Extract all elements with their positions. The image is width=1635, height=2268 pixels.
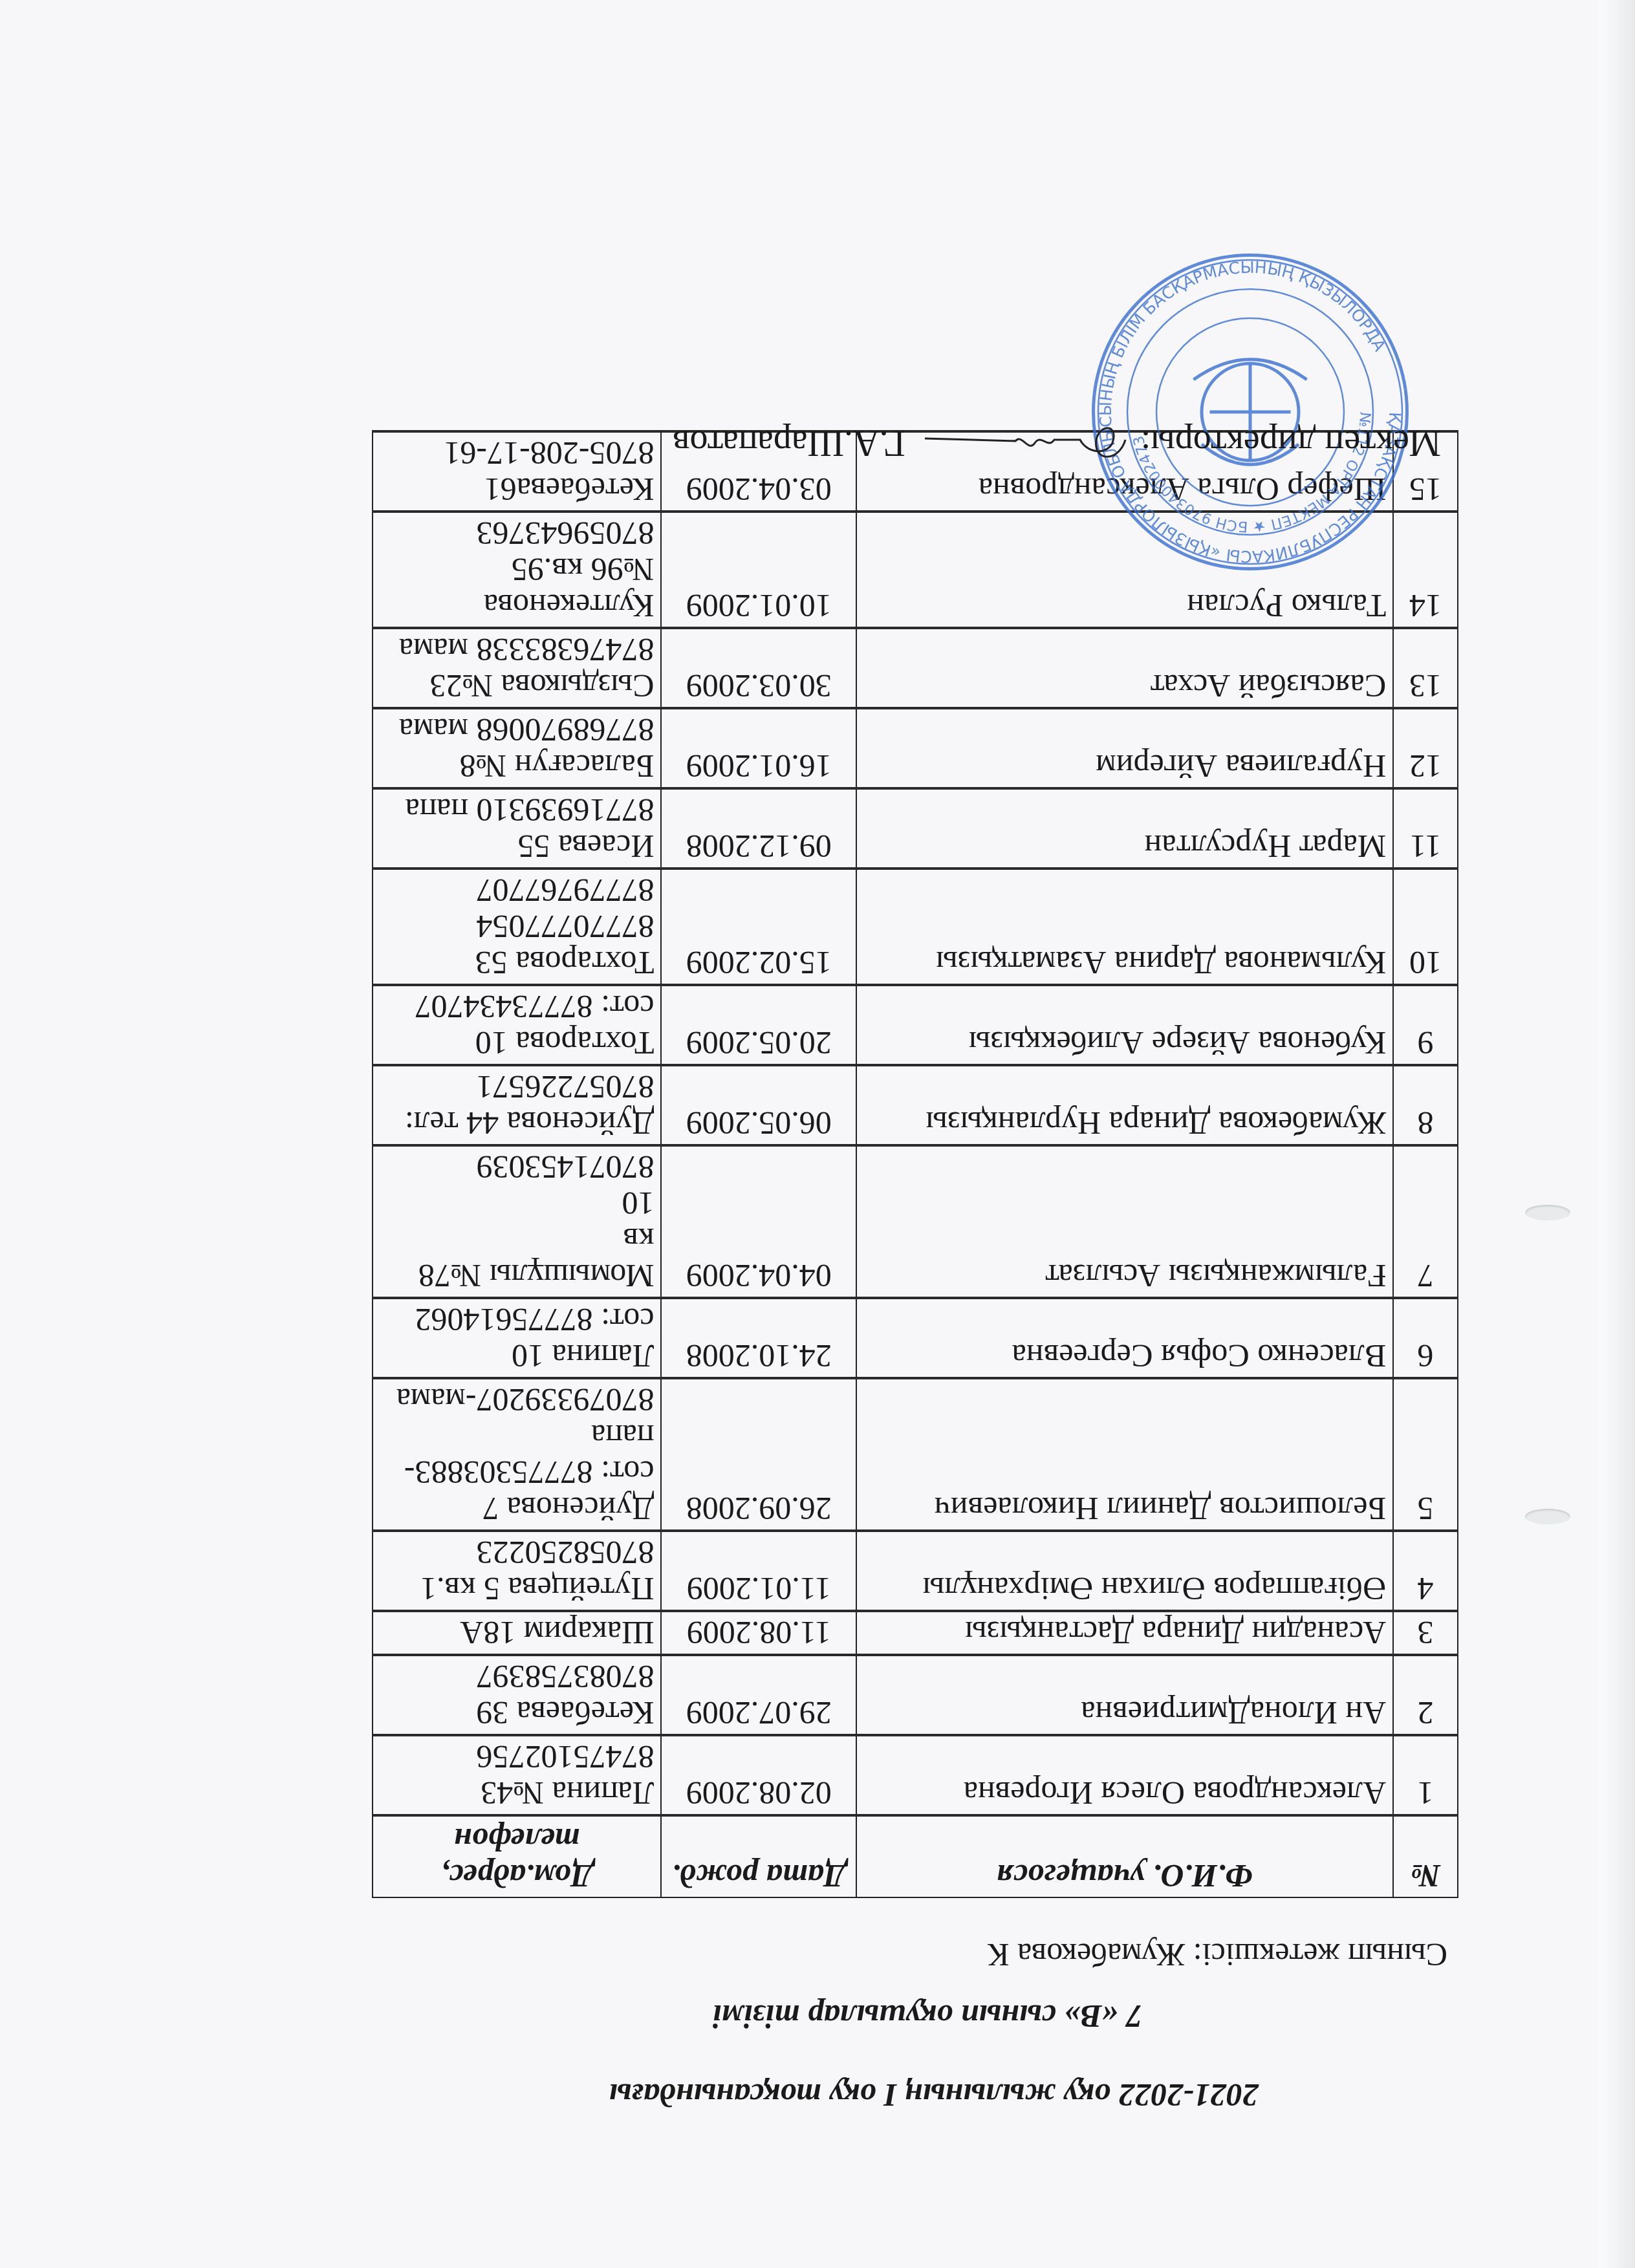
address-line: 87058250223 xyxy=(380,1535,654,1571)
address-phone: Лапина №4387475102756 xyxy=(373,1735,661,1815)
address-line: Сыздыкова №23 xyxy=(380,668,654,704)
address-line: 8705-208-17-61 xyxy=(380,435,654,471)
class-teacher: Сынып жетекшісі: Жумабекова К xyxy=(988,1936,1447,1974)
student-name: Ғалымжанқызы Асылзат xyxy=(856,1145,1393,1298)
address-line: №96 кв.95 xyxy=(380,552,654,588)
director-label: Мектеп директоры: xyxy=(1141,422,1441,464)
table-row: 3Асанадин Динара Дастанқызы11.08.2009Шак… xyxy=(373,1611,1458,1655)
address-line: сот: 87775614062 xyxy=(380,1302,654,1338)
address-phone: Шакарим 18А xyxy=(373,1611,661,1655)
birth-date: 24.10.2008 xyxy=(661,1298,856,1378)
table-row: 7Ғалымжанқызы Асылзат04.04.2009Момышұлы … xyxy=(373,1145,1458,1298)
address-line: 87716939310 папа xyxy=(380,792,654,828)
student-name: Нурғалиева Айгерим xyxy=(856,708,1393,788)
row-number: 1 xyxy=(1393,1735,1458,1815)
address-phone: Кетебаева 3987083758397 xyxy=(373,1655,661,1735)
row-number: 7 xyxy=(1393,1145,1458,1298)
row-number: 8 xyxy=(1393,1065,1458,1145)
row-number: 11 xyxy=(1393,788,1458,869)
birth-date: 09.12.2008 xyxy=(661,788,856,869)
address-phone: Дуйсенова 7сот: 87775303883-папа87079339… xyxy=(373,1378,661,1531)
row-number: 4 xyxy=(1393,1531,1458,1611)
table-row: 13Саясызбай Асхат30.03.2009Сыздыкова №23… xyxy=(373,628,1458,708)
address-phone: Тохтарова 538777077705487779767707 xyxy=(373,869,661,985)
birth-date: 16.01.2009 xyxy=(661,708,856,788)
table-row: 2Ан ИлонаДмитриевна29.07.2009Кетебаева 3… xyxy=(373,1655,1458,1735)
address-line: 87059643763 xyxy=(380,515,654,552)
address-line: Тохтарова 53 xyxy=(380,945,654,981)
student-name: Саясызбай Асхат xyxy=(856,628,1393,708)
birth-date: 15.02.2009 xyxy=(661,869,856,985)
address-line: Култекенова xyxy=(380,588,654,624)
birth-date: 11.08.2009 xyxy=(661,1611,856,1655)
address-phone: Исаева 5587716939310 папа xyxy=(373,788,661,869)
document-title: 2021-2022 оқу жылының I оқу тоқсанындағы xyxy=(116,2077,1635,2114)
birth-date: 30.03.2009 xyxy=(661,628,856,708)
student-table: № Ф.И.О. учащегося Дата рожд. Дом.адрес,… xyxy=(372,430,1458,1898)
address-phone: Дуйсенова 44 тел:87057226571 xyxy=(373,1065,661,1145)
student-name: Кубенова Айзере Алибекқызы xyxy=(856,985,1393,1065)
signature-scribble xyxy=(918,420,1132,459)
header-name: Ф.И.О. учащегося xyxy=(856,1815,1393,1897)
address-line: Тохтарова 10 xyxy=(380,1025,654,1061)
table-body: 1Александрова Олеся Игоревна02.08.2009Ла… xyxy=(373,431,1458,1815)
school-stamp: ҚАЗАҚСТАН РЕСПУБЛИКАСЫ «ҚЫЗЫЛОРДА ОБЛЫСЫ… xyxy=(1088,250,1412,574)
row-number: 3 xyxy=(1393,1611,1458,1655)
address-line: Лапина 10 xyxy=(380,1338,654,1374)
address-line: сот: 87775303883- xyxy=(380,1454,654,1491)
address-phone: Момышұлы №78 кв1087071453039 xyxy=(373,1145,661,1298)
table-row: 4Әбіғаппаров Әлихан Әмірханұлы11.01.2009… xyxy=(373,1531,1458,1611)
birth-date: 04.04.2009 xyxy=(661,1145,856,1298)
address-line: 87476383338 мама xyxy=(380,632,654,668)
address-line: 87770777054 xyxy=(380,909,654,945)
table-row: 5Белошистов Даниил Николаевич26.09.2008Д… xyxy=(373,1378,1458,1531)
row-number: 12 xyxy=(1393,708,1458,788)
address-phone: Тохтарова 10сот: 87773434707 xyxy=(373,985,661,1065)
director-name: Г.А.Шарапатов xyxy=(673,422,905,464)
table-row: 10Кульманова Дарина Азаматқызы15.02.2009… xyxy=(373,869,1458,985)
table-row: 9Кубенова Айзере Алибекқызы20.05.2009Тох… xyxy=(373,985,1458,1065)
header-address: Дом.адрес, телефон xyxy=(373,1815,661,1897)
header-dob: Дата рожд. xyxy=(661,1815,856,1897)
birth-date: 20.05.2009 xyxy=(661,985,856,1065)
table-row: 12Нурғалиева Айгерим16.01.2009Баласағун … xyxy=(373,708,1458,788)
student-name: Александрова Олеся Игоревна xyxy=(856,1735,1393,1815)
birth-date: 02.08.2009 xyxy=(661,1735,856,1815)
address-line: сот: 87773434707 xyxy=(380,989,654,1025)
address-phone: Лапина 10сот: 87775614062 xyxy=(373,1298,661,1378)
table-header-row: № Ф.И.О. учащегося Дата рожд. Дом.адрес,… xyxy=(373,1815,1458,1897)
address-line: 87057226571 xyxy=(380,1069,654,1105)
table-row: 8Жумабекова Динара Нурланқызы06.05.2009Д… xyxy=(373,1065,1458,1145)
student-name: Асанадин Динара Дастанқызы xyxy=(856,1611,1393,1655)
address-line: Шакарим 18А xyxy=(380,1615,654,1651)
address-line: 10 xyxy=(380,1185,654,1222)
student-name: Ан ИлонаДмитриевна xyxy=(856,1655,1393,1735)
student-name: Жумабекова Динара Нурланқызы xyxy=(856,1065,1393,1145)
student-name: Марат Нурсултан xyxy=(856,788,1393,869)
student-name: Белошистов Даниил Николаевич xyxy=(856,1378,1393,1531)
address-line: 87475102756 xyxy=(380,1739,654,1775)
punch-hole xyxy=(1525,1205,1570,1220)
address-line: 87071453039 xyxy=(380,1149,654,1185)
address-line: 87779767707 xyxy=(380,872,654,909)
address-line: Исаева 55 xyxy=(380,828,654,865)
address-line: Путейцева 5 кв.1 xyxy=(380,1571,654,1607)
director-signature-block: Мектеп директоры: Г.А.Шарапатов xyxy=(673,420,1441,464)
row-number: 2 xyxy=(1393,1655,1458,1735)
birth-date: 29.07.2009 xyxy=(661,1655,856,1735)
address-line: папа xyxy=(380,1418,654,1454)
row-number: 9 xyxy=(1393,985,1458,1065)
table-row: 6Власенко Софья Сергеевна24.10.2008Лапин… xyxy=(373,1298,1458,1378)
birth-date: 11.01.2009 xyxy=(661,1531,856,1611)
punch-hole xyxy=(1525,1509,1570,1524)
address-line: 87083758397 xyxy=(380,1659,654,1695)
address-line: Момышұлы №78 кв xyxy=(380,1222,654,1294)
student-name: Әбіғаппаров Әлихан Әмірханұлы xyxy=(856,1531,1393,1611)
student-name: Власенко Софья Сергеевна xyxy=(856,1298,1393,1378)
address-line: 87079339207-мама xyxy=(380,1382,654,1418)
student-name: Кульманова Дарина Азаматқызы xyxy=(856,869,1393,985)
row-number: 10 xyxy=(1393,869,1458,985)
document-page: 2021-2022 оқу жылының I оқу тоқсанындағы… xyxy=(0,0,1635,2268)
address-line: Баласағун №8 xyxy=(380,748,654,784)
binder-edge xyxy=(1599,0,1635,2268)
address-line: Дуйсенова 44 тел: xyxy=(380,1105,654,1141)
row-number: 6 xyxy=(1393,1298,1458,1378)
address-phone: Баласағун №887768970068 мама xyxy=(373,708,661,788)
birth-date: 06.05.2009 xyxy=(661,1065,856,1145)
address-line: Кетебаева61 xyxy=(380,471,654,508)
address-phone: Кетебаева618705-208-17-61 xyxy=(373,431,661,512)
address-phone: Култекенова№96 кв.9587059643763 xyxy=(373,512,661,628)
header-number: № xyxy=(1393,1815,1458,1897)
birth-date: 26.09.2008 xyxy=(661,1378,856,1531)
address-phone: Сыздыкова №2387476383338 мама xyxy=(373,628,661,708)
document-subtitle: 7 «В» сынып оқушылар тізімі xyxy=(110,1998,1635,2035)
birth-date: 10.01.2009 xyxy=(661,512,856,628)
row-number: 13 xyxy=(1393,628,1458,708)
address-line: Кетебаева 39 xyxy=(380,1695,654,1731)
address-line: Лапина №43 xyxy=(380,1775,654,1811)
address-line: 87768970068 мама xyxy=(380,712,654,748)
table-row: 11Марат Нурсултан09.12.2008Исаева 558771… xyxy=(373,788,1458,869)
address-phone: Путейцева 5 кв.187058250223 xyxy=(373,1531,661,1611)
table-row: 1Александрова Олеся Игоревна02.08.2009Ла… xyxy=(373,1735,1458,1815)
address-line: Дуйсенова 7 xyxy=(380,1491,654,1527)
row-number: 5 xyxy=(1393,1378,1458,1531)
